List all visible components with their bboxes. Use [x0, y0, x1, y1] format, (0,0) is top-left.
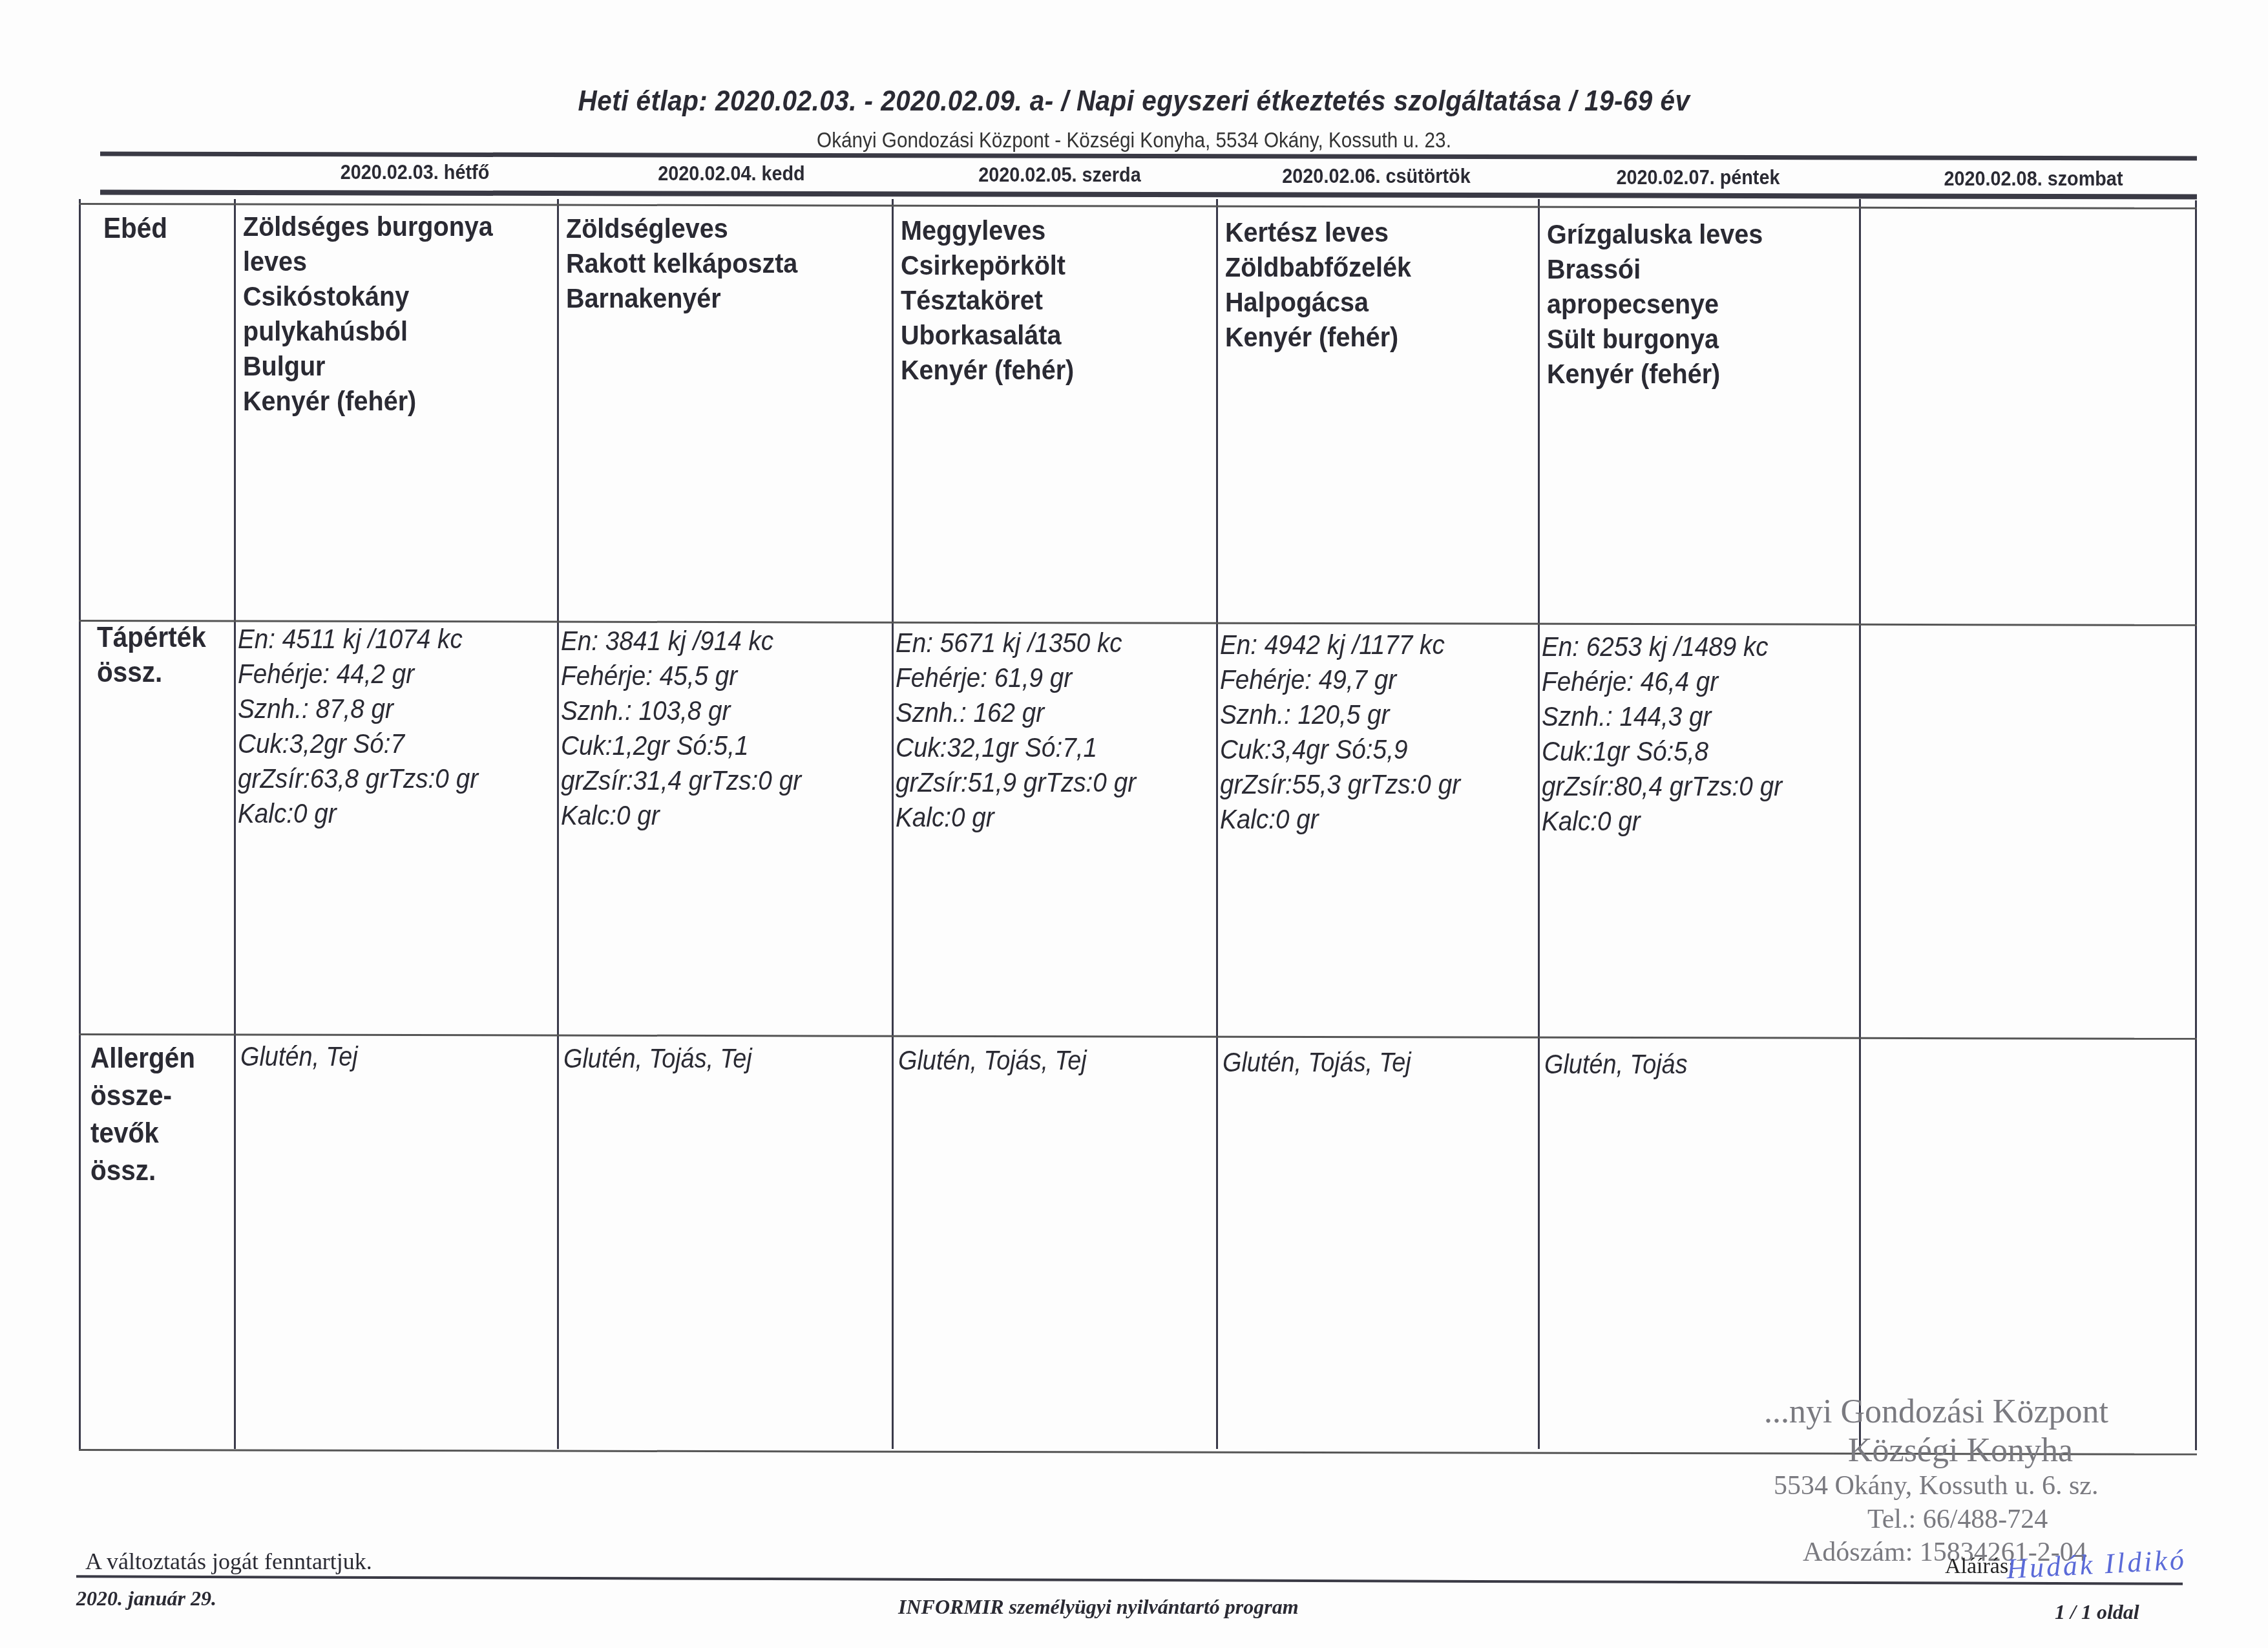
nutrition-value: Cuk:3,4gr Só:5,9	[1220, 732, 1460, 767]
stamp-line: ...nyi Gondozási Központ	[1764, 1393, 2108, 1431]
header-rule-top	[100, 152, 2197, 161]
nutrition-value: Fehérje: 49,7 gr	[1220, 662, 1460, 697]
nutrition-value: Cuk:1gr Só:5,8	[1542, 734, 1782, 769]
menu-cell: Zöldséges burgonyalevesCsikóstokánypulyk…	[243, 209, 493, 419]
allergen-cell: Glutén, Tojás	[1544, 1049, 1688, 1081]
row-label-line: össz.	[90, 1152, 195, 1190]
table-column-divider	[892, 199, 894, 1449]
nutrition-value: Kalc:0 gr	[238, 796, 478, 831]
nutrition-value: Fehérje: 44,2 gr	[238, 657, 478, 692]
nutrition-value: Sznh.: 162 gr	[896, 695, 1136, 730]
menu-cell: ZöldséglevesRakott kelkáposztaBarnakenyé…	[566, 211, 797, 316]
nutrition-value: Fehérje: 46,4 gr	[1542, 664, 1782, 699]
nutrition-value: Cuk:3,2gr Só:7	[238, 726, 478, 761]
menu-item: Kertész leves	[1225, 215, 1411, 250]
menu-item: Bulgur	[243, 349, 493, 384]
nutrition-value: Cuk:32,1gr Só:7,1	[896, 730, 1136, 765]
table-column-divider	[1538, 199, 1540, 1449]
menu-item: Uborkasaláta	[901, 318, 1074, 353]
day-header: 2020.02.08. szombat	[1871, 167, 2196, 191]
menu-item: Csirkepörkölt	[901, 248, 1074, 283]
nutrition-value: Kalc:0 gr	[561, 798, 801, 833]
nutrition-value: En: 6253 kj /1489 kc	[1542, 629, 1782, 664]
nutrition-cell: En: 4511 kj /1074 kcFehérje: 44,2 grSznh…	[238, 622, 478, 831]
menu-item: Zöldséges burgonya	[243, 209, 493, 244]
nutrition-value: Kalc:0 gr	[1542, 804, 1782, 839]
menu-item: Zöldségleves	[566, 211, 797, 246]
table-column-divider	[79, 199, 81, 1449]
table-column-divider	[2195, 200, 2197, 1450]
table-column-divider	[557, 199, 559, 1449]
menu-item: Tésztaköret	[901, 283, 1074, 318]
menu-item: apropecsenye	[1547, 287, 1763, 322]
nutrition-value: Sznh.: 87,8 gr	[238, 692, 478, 726]
nutrition-value: Sznh.: 144,3 gr	[1542, 699, 1782, 734]
allergen-cell: Glutén, Tej	[240, 1041, 358, 1073]
stamp-line: Tel.: 66/488-724	[1867, 1504, 2048, 1535]
row-label-line: össz.	[97, 655, 206, 690]
nutrition-cell: En: 4942 kj /1177 kcFehérje: 49,7 grSznh…	[1220, 628, 1460, 837]
table-row-divider	[79, 1033, 2197, 1040]
nutrition-value: Kalc:0 gr	[1220, 802, 1460, 837]
nutrition-value: En: 3841 kj /914 kc	[561, 624, 801, 659]
menu-item: pulykahúsból	[243, 314, 493, 349]
row-label-allergens: Allergénössze-tevőkössz.	[90, 1040, 195, 1190]
allergen-cell: Glutén, Tojás, Tej	[898, 1045, 1087, 1077]
stamp-line: 5534 Okány, Kossuth u. 6. sz.	[1774, 1470, 2098, 1501]
disclaimer-note: A változtatás jogát fenntartjuk.	[85, 1548, 372, 1575]
nutrition-value: En: 4511 kj /1074 kc	[238, 622, 478, 657]
menu-title: Heti étlap: 2020.02.03. - 2020.02.09. a-…	[90, 85, 2177, 118]
row-label-line: Allergén	[90, 1040, 195, 1077]
page-number: 1 / 1 oldal	[2055, 1600, 2139, 1624]
row-label-line: Tápérték	[97, 620, 206, 655]
allergen-cell: Glutén, Tojás, Tej	[1223, 1047, 1411, 1079]
program-name: INFORMIR személyügyi nyilvántartó progra…	[898, 1595, 1299, 1619]
kitchen-address: Okányi Gondozási Központ - Községi Konyh…	[114, 128, 2155, 153]
day-header: 2020.02.04. kedd	[569, 162, 894, 185]
nutrition-value: Fehérje: 45,5 gr	[561, 659, 801, 693]
day-header: 2020.02.05. szerda	[897, 163, 1223, 187]
menu-cell: Grízgaluska levesBrassóiapropecsenyeSült…	[1547, 217, 1763, 392]
nutrition-cell: En: 5671 kj /1350 kcFehérje: 61,9 grSznh…	[896, 626, 1136, 835]
table-column-divider	[1216, 199, 1218, 1449]
nutrition-cell: En: 3841 kj /914 kcFehérje: 45,5 grSznh.…	[561, 624, 801, 833]
menu-item: Brassói	[1547, 252, 1763, 287]
menu-item: Kenyér (fehér)	[1547, 357, 1763, 392]
signature-label: Aláírás:	[1945, 1554, 2015, 1579]
menu-item: Kenyér (fehér)	[1225, 320, 1411, 355]
menu-item: Sült burgonya	[1547, 322, 1763, 357]
nutrition-value: grZsír:80,4 grTzs:0 gr	[1542, 769, 1782, 804]
day-header: 2020.02.07. péntek	[1535, 165, 1861, 189]
nutrition-value: Sznh.: 103,8 gr	[561, 693, 801, 728]
nutrition-value: grZsír:31,4 grTzs:0 gr	[561, 763, 801, 798]
allergen-cell: Glutén, Tojás, Tej	[563, 1043, 752, 1075]
nutrition-value: Sznh.: 120,5 gr	[1220, 697, 1460, 732]
nutrition-value: grZsír:51,9 grTzs:0 gr	[896, 765, 1136, 800]
menu-item: Zöldbabfőzelék	[1225, 250, 1411, 285]
nutrition-value: Fehérje: 61,9 gr	[896, 660, 1136, 695]
stamp-line: Községi Konyha	[1848, 1431, 2073, 1470]
row-label-line: tevők	[90, 1115, 195, 1152]
menu-item: Meggyleves	[901, 213, 1074, 248]
nutrition-value: Kalc:0 gr	[896, 800, 1136, 835]
nutrition-value: grZsír:63,8 grTzs:0 gr	[238, 761, 478, 796]
table-row-divider	[79, 203, 2197, 209]
menu-item: Halpogácsa	[1225, 285, 1411, 320]
nutrition-value: En: 5671 kj /1350 kc	[896, 626, 1136, 660]
nutrition-value: grZsír:55,3 grTzs:0 gr	[1220, 767, 1460, 802]
table-column-divider	[1859, 199, 1861, 1449]
menu-item: Csikóstokány	[243, 279, 493, 314]
day-header: 2020.02.03. hétfő	[252, 160, 578, 184]
nutrition-value: En: 4942 kj /1177 kc	[1220, 628, 1460, 662]
menu-item: Rakott kelkáposzta	[566, 246, 797, 281]
header-rule-bottom	[100, 190, 2197, 200]
nutrition-value: Cuk:1,2gr Só:5,1	[561, 728, 801, 763]
menu-item: Kenyér (fehér)	[243, 384, 493, 419]
day-header: 2020.02.06. csütörtök	[1213, 164, 1539, 188]
row-label-line: össze-	[90, 1077, 195, 1115]
print-date: 2020. január 29.	[76, 1587, 216, 1611]
table-column-divider	[234, 199, 236, 1449]
row-label-nutrition: Tápértékössz.	[97, 620, 206, 690]
menu-item: Barnakenyér	[566, 281, 797, 316]
menu-item: Kenyér (fehér)	[901, 353, 1074, 388]
footer-rule	[76, 1575, 2183, 1585]
row-label-lunch: Ebéd	[103, 211, 167, 246]
menu-item: Grízgaluska leves	[1547, 217, 1763, 252]
menu-item: leves	[243, 244, 493, 279]
menu-cell: MeggylevesCsirkepörköltTésztaköretUborka…	[901, 213, 1074, 388]
menu-cell: Kertész levesZöldbabfőzelékHalpogácsaKen…	[1225, 215, 1411, 355]
nutrition-cell: En: 6253 kj /1489 kcFehérje: 46,4 grSznh…	[1542, 629, 1782, 839]
